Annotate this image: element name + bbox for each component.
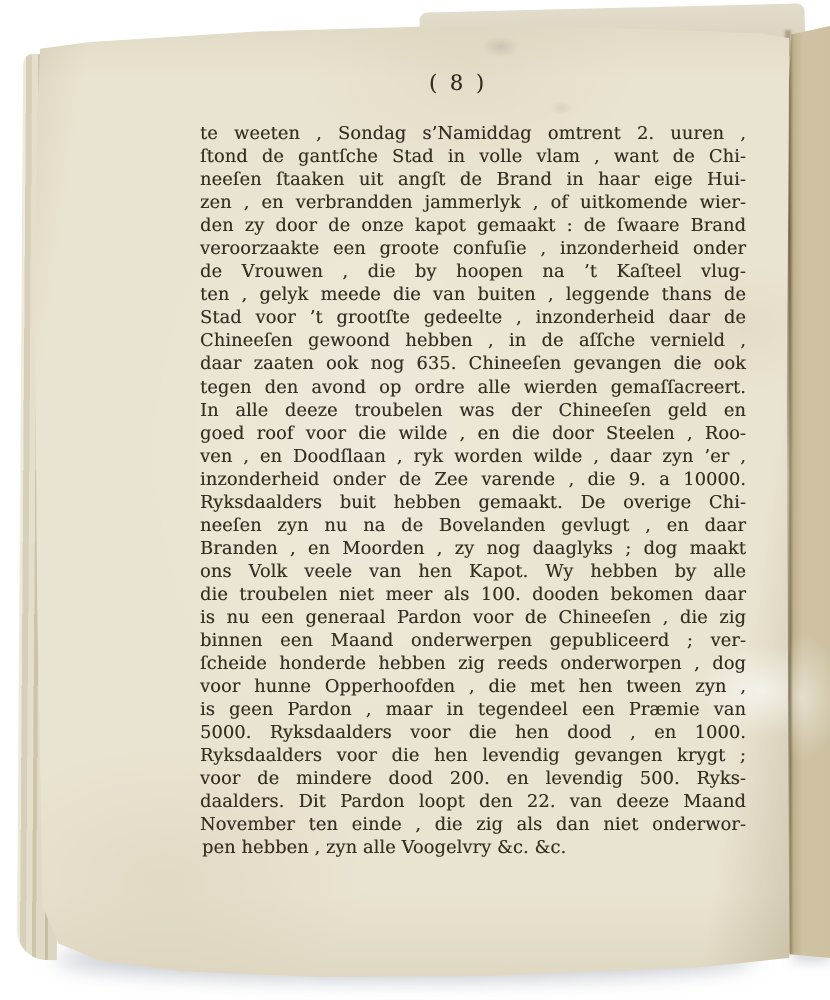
text-line: November ten einde , die zig als dan nie… (200, 813, 746, 836)
page-number: ( 8 ) (184, 70, 732, 96)
text-line: neeſen ſtaaken uit angſt de Brand in haa… (200, 168, 746, 191)
text-line: goed roof voor die wilde , en die door S… (200, 422, 746, 445)
text-line: Ryksdaalders voor die hen levendig gevan… (200, 744, 746, 767)
text-line: Stad voor ’t grootſte gedeelte , inzonde… (200, 306, 746, 329)
text-line: te weeten , Sondag s’Namiddag omtrent 2.… (200, 122, 746, 145)
text-line: Ryksdaalders buit hebben gemaakt. De ove… (200, 491, 746, 514)
facing-page-block (789, 26, 830, 958)
text-line: den zy door de onze kapot gemaakt : de ſ… (200, 214, 746, 237)
text-line: pen hebben , zyn alle Voogelvry &c. &c. (200, 836, 746, 859)
text-line: In alle deeze troubelen was der Chineeſe… (200, 399, 746, 422)
text-line: ſcheide honderde hebben zig reeds onderw… (200, 652, 746, 675)
text-line: inzonderheid onder de Zee varende , die … (200, 468, 746, 491)
text-line: tegen den avond op ordre alle wierden ge… (200, 376, 746, 399)
text-line: Chineeſen gewoond hebben , in de aſſche … (200, 329, 746, 352)
text-line: is nu een generaal Pardon voor de Chinee… (200, 606, 746, 629)
text-line: ſtond de gantſche Stad in volle vlam , w… (200, 145, 746, 168)
text-line: ten , gelyk meede die van buiten , legge… (200, 283, 746, 306)
text-line: voor de mindere dood 200. en levendig 50… (200, 767, 746, 790)
text-line: veroorzaakte een groote confuſie , inzon… (200, 237, 746, 260)
text-line: binnen een Maand onderwerpen gepubliceer… (200, 629, 746, 652)
text-line: zen , en verbrandden jammerlyk , of uitk… (200, 191, 746, 214)
text-line: voor hunne Opperhoofden , die met hen tw… (200, 675, 746, 698)
book-page: ( 8 ) te weeten , Sondag s’Namiddag omtr… (28, 22, 790, 978)
text-line: de Vrouwen , die by hoopen na ’t Kaſteel… (200, 260, 746, 283)
book-photo: ( 8 ) te weeten , Sondag s’Namiddag omtr… (0, 0, 830, 1000)
text-line: die troubelen niet meer als 100. dooden … (200, 583, 746, 606)
text-line: Branden , en Moorden , zy nog daaglyks ;… (200, 537, 746, 560)
text-line: ven , en Doodſlaan , ryk worden wilde , … (200, 445, 746, 468)
text-line: daalders. Dit Pardon loopt den 22. van d… (200, 790, 746, 813)
page-text-block: te weeten , Sondag s’Namiddag omtrent 2.… (200, 122, 746, 860)
text-line: neeſen zyn nu na de Bovelanden gevlugt ,… (200, 514, 746, 537)
text-line: 5000. Ryksdaalders voor die hen dood , e… (200, 721, 746, 744)
text-line: is geen Pardon , maar in tegendeel een P… (200, 698, 746, 721)
text-line: ons Volk veele van hen Kapot. Wy hebben … (200, 560, 746, 583)
text-line: daar zaaten ook nog 635. Chineeſen gevan… (200, 352, 746, 375)
